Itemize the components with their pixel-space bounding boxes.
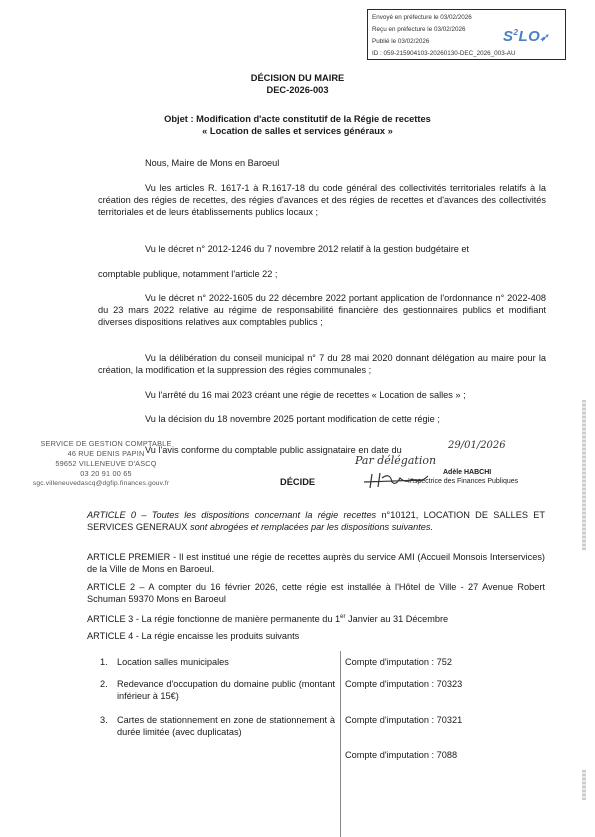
intro: Nous, Maire de Mons en Baroeul <box>145 157 279 169</box>
visa-3: Vu le décret n° 2022-1605 du 22 décembre… <box>98 292 546 328</box>
signature-icon <box>362 470 432 490</box>
decide-heading: DÉCIDE <box>280 477 315 487</box>
article-2: ARTICLE 2 – A compter du 16 février 2026… <box>87 581 545 605</box>
delegation-handwritten: Par délégation <box>355 454 436 467</box>
article-1: ARTICLE PREMIER - Il est institué une ré… <box>87 551 545 575</box>
sgc-street: 46 RUE DENIS PAPIN <box>26 449 186 459</box>
article-3-post: Janvier au 31 Décembre <box>346 614 449 624</box>
sgc-email: sgc.villeneuvedascq@dgfip.finances.gouv.… <box>16 479 186 489</box>
product-row-1-num: 1. <box>100 656 108 668</box>
scan-edge-mark <box>582 400 586 550</box>
article-3-pre: ARTICLE 3 - La régie fonctionne de maniè… <box>87 614 340 624</box>
stamp-id: ID : 059-215904103-20260130-DEC_2026_003… <box>372 48 561 60</box>
product-row-3-label: Cartes de stationnement en zone de stati… <box>117 714 335 738</box>
product-row-3-account: Compte d'imputation : 70321 <box>345 714 462 726</box>
article-0: ARTICLE 0 – Toutes les dispositions conc… <box>87 509 545 533</box>
stamp-sent: Envoyé en préfecture le 03/02/2026 <box>372 12 561 24</box>
product-row-1-account: Compte d'imputation : 752 <box>345 656 452 668</box>
visa-4: Vu la délibération du conseil municipal … <box>98 352 546 376</box>
product-row-1-label: Location salles municipales <box>117 656 335 668</box>
article-0-part-3: sont abrogées et remplacées par les disp… <box>190 522 433 532</box>
product-row-2-label: Redevance d'occupation du domaine public… <box>117 678 335 702</box>
sgc-phone: 03 20 91 00 65 <box>26 469 186 479</box>
object-line-1: Objet : Modification d'acte constitutif … <box>0 114 595 124</box>
visa-5: Vu l'arrêté du 16 mai 2023 créant une ré… <box>145 389 466 401</box>
article-4: ARTICLE 4 - La régie encaisse les produi… <box>87 630 545 642</box>
sgc-city: 59652 VILLENEUVE D'ASCQ <box>26 459 186 469</box>
table-column-divider <box>340 651 341 837</box>
product-row-2-account: Compte d'imputation : 70323 <box>345 678 462 690</box>
object-line-2: « Location de salles et services générau… <box>0 126 595 136</box>
article-3: ARTICLE 3 - La régie fonctionne de maniè… <box>87 611 545 625</box>
document-title: DÉCISION DU MAIRE <box>0 73 595 83</box>
avis-date: 29/01/2026 <box>448 440 506 451</box>
visa-1: Vu les articles R. 1617-1 à R.1617-18 du… <box>98 182 546 218</box>
product-row-2-num: 2. <box>100 678 108 690</box>
product-row-3-num: 3. <box>100 714 108 726</box>
signatory-name: Adèle HABCHI <box>443 469 491 476</box>
document-reference: DEC-2026-003 <box>0 85 595 95</box>
accountant-stamp: SERVICE DE GESTION COMPTABLE 46 RUE DENI… <box>26 439 186 489</box>
s2lo-logo-icon: S2LO➶ <box>503 28 549 45</box>
scan-edge-mark-bottom <box>582 770 586 800</box>
visa-6: Vu la décision du 18 novembre 2025 porta… <box>145 413 440 425</box>
article-0-part-1: ARTICLE 0 – Toutes les dispositions conc… <box>87 510 376 520</box>
sgc-service: SERVICE DE GESTION COMPTABLE <box>26 439 186 449</box>
visa-2b: comptable publique, notamment l'article … <box>98 268 277 280</box>
product-row-4-account: Compte d'imputation : 7088 <box>345 749 457 761</box>
visa-2a: Vu le décret n° 2012-1246 du 7 novembre … <box>145 243 469 255</box>
